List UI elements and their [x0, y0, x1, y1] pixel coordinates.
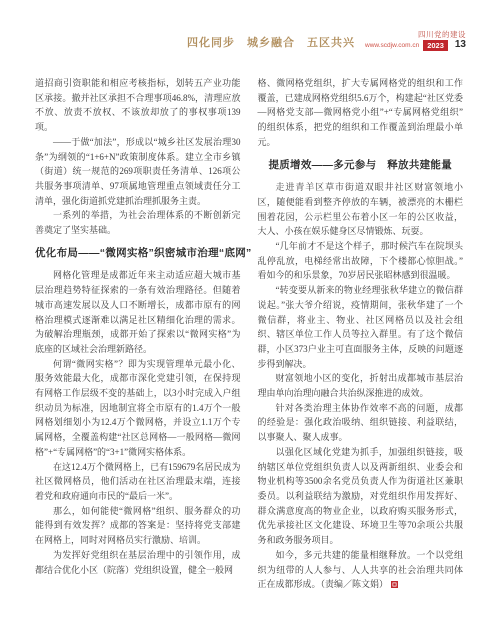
- paragraph: 财富领地小区的变化，折射出成都城市基层治理由单向治理向融合共治纵深推进的成效。: [258, 371, 464, 400]
- paragraph: 一系列的举措，为社会治理体系的不断创新完善奠定了坚实基础。: [35, 208, 241, 237]
- right-column: 格、微网格党组织，扩大专属网格党的组织和工作覆盖，已建成网格党组织5.6万个，构…: [258, 76, 464, 592]
- section-heading-tizhi-zengxiao: 提质增效——多元参与 释放共建能量: [258, 158, 464, 173]
- header-slogan: 四化同步城乡融合五区共兴: [175, 34, 355, 52]
- paragraph: 格、微网格党组织，扩大专属网格党的组织和工作覆盖，已建成网格党组织5.6万个，构…: [258, 76, 464, 150]
- closing-paragraph: 如今，多元共建的能量相继释放。一个以党组织为纽带的人人参与、人人共享的社会治理共…: [258, 548, 464, 592]
- paragraph: 针对各类治理主体协作效率不高的问题，成都的经验是：强化政治吸纳、组织链接、利益联…: [258, 401, 464, 445]
- paragraph: 在这12.4万个微网格上，已有159679名居民成为社区微网格员，他们活动在社区…: [35, 460, 241, 504]
- left-column: 道招商引资职能和相应考核指标，划转五产业功能区承接。撤并社区承担不合理事项46.…: [35, 76, 241, 592]
- year-badge: 2023: [423, 40, 448, 51]
- magazine-url: www.scdjw.com.cn: [365, 42, 419, 50]
- slogan-phrase: 城乡融合: [247, 37, 295, 49]
- paragraph-text: 如今，多元共建的能量相继释放。一个以党组织为纽带的人人参与、人人共享的社会治理共…: [258, 550, 464, 589]
- slogan-phrase: 五区共兴: [307, 37, 355, 49]
- paragraph: “几年前才不是这个样子，那时候汽车在院坝头乱停乱放，电梯经常出故障，下个楼都心惊…: [258, 239, 464, 283]
- page-number: 13: [455, 39, 466, 52]
- paragraph: 道招商引资职能和相应考核指标，划转五产业功能区承接。撤并社区承担不合理事项46.…: [35, 76, 241, 135]
- magazine-title: 四川党的建设: [418, 30, 466, 39]
- paragraph: 走进青羊区草市街道双眼井社区财富领地小区，随便能看到整齐停放的车辆，被漂亮的木栅…: [258, 180, 464, 239]
- paragraph: 网格化管理是成都近年来主动适应超大城市基层治理趋势特征探索的一条有效治理路径。但…: [35, 268, 241, 356]
- paragraph: 何谓“微网实格”？即为实现管理单元最小化、服务效能最大化，成都市深化党建引领，在…: [35, 357, 241, 460]
- section-heading-youhua-buju: 优化布局——“微网实格”织密城市治理“底网”: [35, 246, 241, 261]
- slogan-phrase: 四化同步: [187, 37, 235, 49]
- paragraph: ——于做“加法”，形成以“城乡社区发展治理30条”为纲领的“1+6+N”政策制度…: [35, 135, 241, 209]
- article-body: 道招商引资职能和相应考核指标，划转五产业功能区承接。撤并社区承担不合理事项46.…: [35, 76, 463, 592]
- paragraph: 那么，如何能使“微网格”组织、服务群众的功能得到有效发挥？成都的答案是：坚持将党…: [35, 504, 241, 548]
- paragraph: “转变要从新来的物业经理张秋华建立的微信群说起。”张大爷介绍说，疫情期间，张秋华…: [258, 283, 464, 371]
- paragraph: 为发挥好党组织在基层治理中的引领作用，成都结合优化小区（院落）党组织设置，健全一…: [35, 548, 241, 577]
- masthead: 四川党的建设 www.scdjw.com.cn 2023 13: [365, 30, 466, 52]
- article-end-icon: [391, 581, 398, 588]
- page-header: 四化同步城乡融合五区共兴 四川党的建设 www.scdjw.com.cn 202…: [0, 30, 466, 52]
- paragraph: 以强化区域化党建为抓手，加强组织链接，吸纳辖区单位党组织负责人以及两新组织、业委…: [258, 445, 464, 548]
